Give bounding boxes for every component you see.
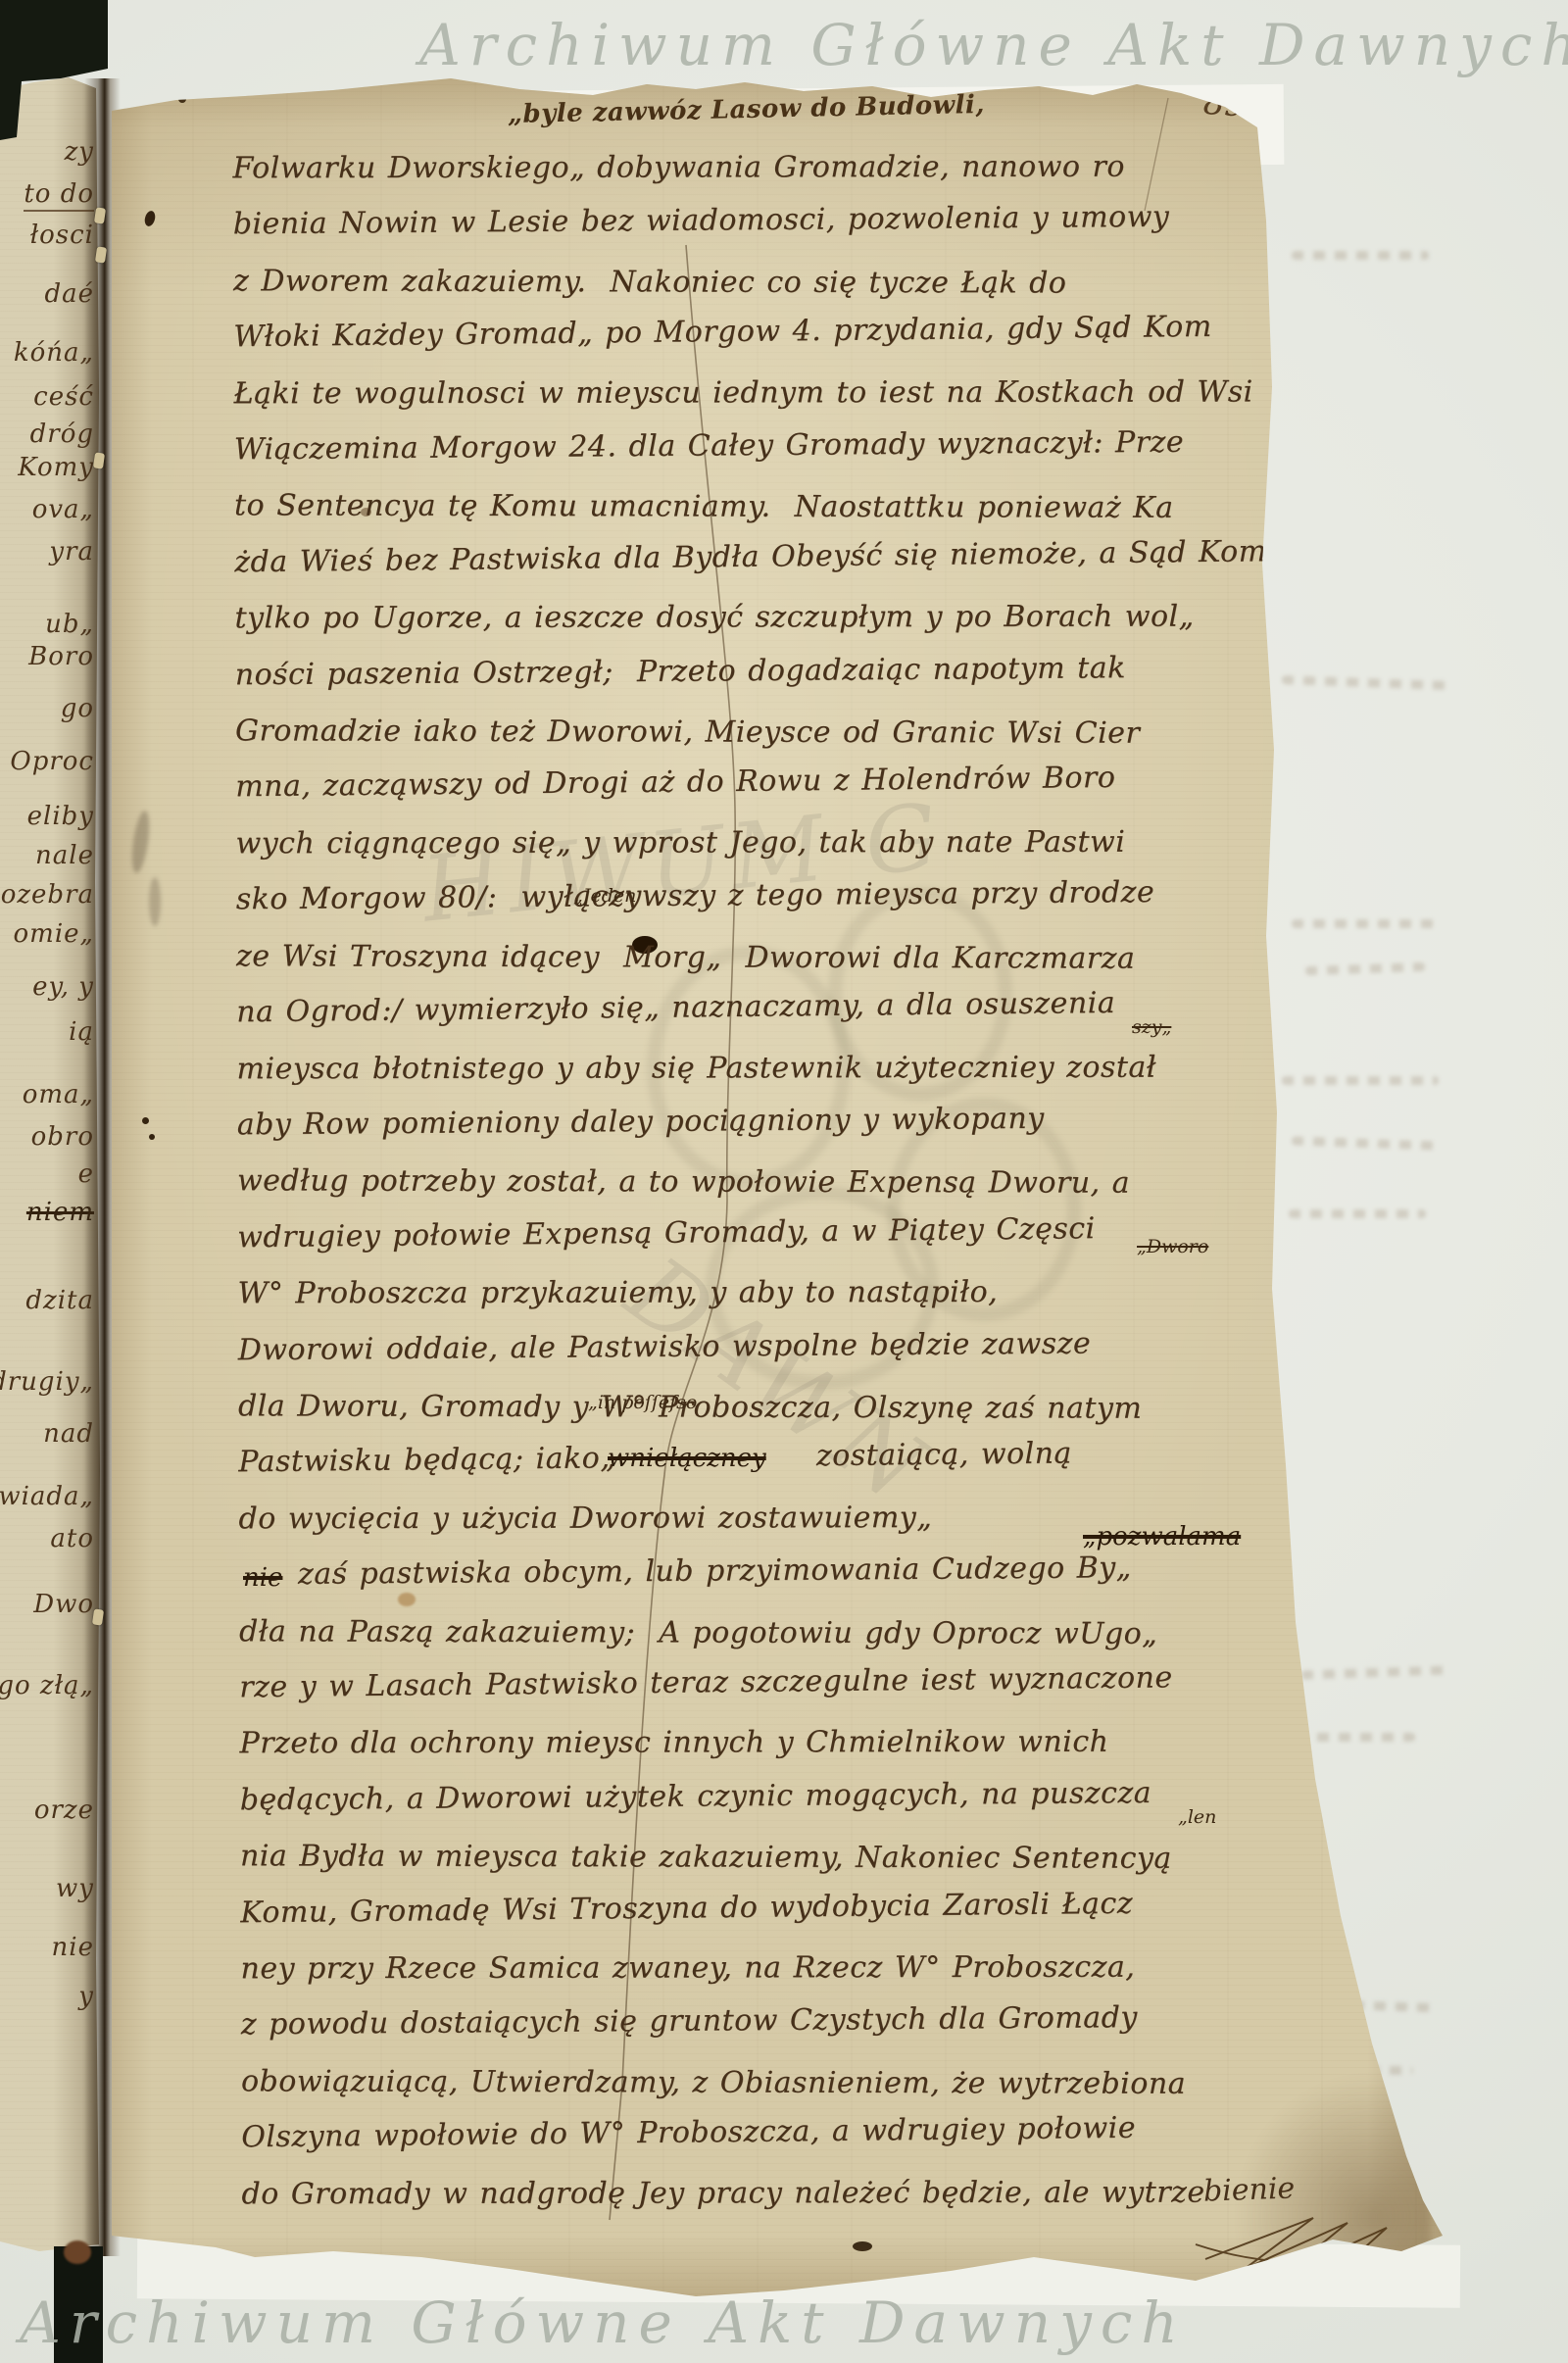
- manuscript-page: HIWUM GDAWN 899 „byle zawwóz Lasow do Bu…: [98, 74, 1460, 2308]
- facing-page-text-fragment: omie„: [14, 919, 94, 949]
- offset-text-ghost: [1305, 962, 1425, 975]
- manuscript-annotation: szy„: [1132, 1016, 1171, 1038]
- facing-page-text-fragment: : Oproc: [0, 747, 94, 776]
- offset-text-ghost: [1292, 919, 1439, 928]
- facing-page-text-fragment: wiada„: [0, 1482, 94, 1511]
- archive-watermark-top: Archiwum Główne Akt Dawnych: [419, 12, 1568, 78]
- facing-page-text-fragment: kóńa„: [14, 338, 94, 368]
- facing-page-text-fragment: ozebra: [1, 880, 94, 910]
- manuscript-annotation: „Jeden: [573, 885, 636, 907]
- offset-text-ghost: [1292, 251, 1429, 260]
- manuscript-annotation: „in poſſeſso: [588, 1392, 697, 1413]
- black-binding-strip-bottom: [54, 2246, 103, 2363]
- manuscript-annotation: wniełączney: [608, 1444, 766, 1473]
- facing-page-text-fragment: go złą„: [0, 1671, 94, 1700]
- offset-text-ghost: [1282, 675, 1446, 690]
- manuscript-annotations: „Jedenszy„„Dworo„in poſſeſsowniełączney„…: [98, 74, 1460, 2308]
- offset-text-ghost: [1301, 1665, 1448, 1679]
- offset-text-ghost: [1292, 1136, 1439, 1150]
- manuscript-annotation: „Dworo: [1137, 1236, 1208, 1257]
- offset-text-ghost: [1296, 1733, 1415, 1742]
- manuscript-annotation: „len: [1178, 1806, 1216, 1828]
- offset-text-ghost: [1289, 1209, 1426, 1218]
- offset-text-ghost: [1282, 1076, 1439, 1085]
- facing-page-text-fragment: Komy: [18, 453, 94, 482]
- manuscript-annotation: „pozwalama: [1083, 1522, 1241, 1551]
- scanned-document: zyto dołoscidaékóńa„ceśćdrógKomyova„yrau…: [0, 0, 1568, 2363]
- facing-page-text-fragment: oma„: [23, 1080, 94, 1109]
- facing-page-text-fragment: drugiy„: [0, 1367, 94, 1397]
- manuscript-annotation: nie: [243, 1563, 282, 1593]
